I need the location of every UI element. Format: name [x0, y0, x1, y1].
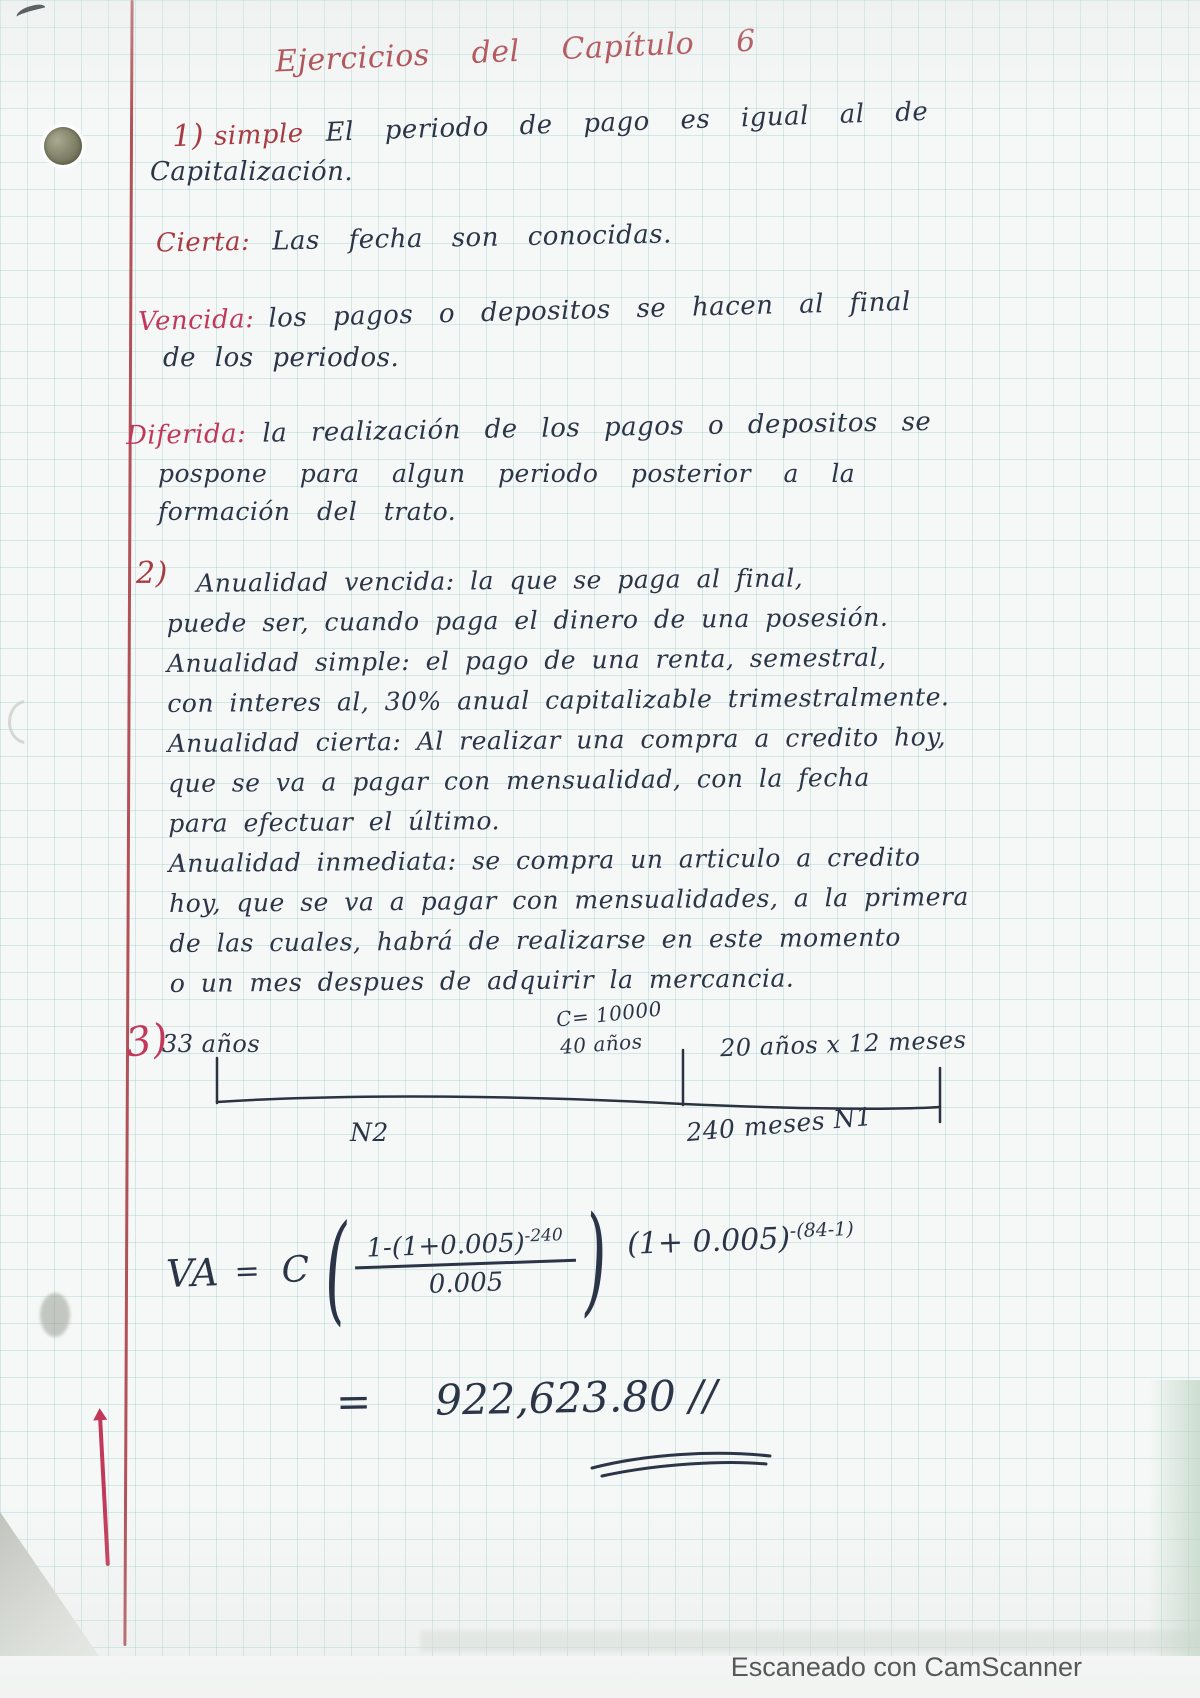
timeline-n2-label: N2	[350, 1118, 389, 1147]
result-underline-flourish	[586, 1446, 776, 1480]
cierta-label: Cierta:	[156, 227, 251, 259]
scan-edge-tint	[1148, 1380, 1200, 1656]
second-factor-base: (1+ 0.005)	[627, 1221, 791, 1262]
item2-number: 2)	[136, 556, 168, 591]
item2-line: o un mes despues de adquirir la mercanci…	[170, 956, 1090, 1004]
fraction-numerator: 1-(1+0.005)-240	[354, 1225, 576, 1270]
scanned-notebook-page: Ejercicios del Capítulo 6 1)simpleEl per…	[0, 0, 1200, 1698]
result-line: = 922,623.80 //	[336, 1371, 718, 1427]
timeline-left-label: 33 años	[162, 1030, 260, 1058]
item1-line2: Capitalización.	[150, 157, 353, 187]
formula-second-factor: (1+ 0.005)-(84-1)	[626, 1218, 854, 1262]
second-factor-exponent: -(84-1)	[789, 1218, 854, 1242]
diferida-line2: pospone para algun periodo posterior a l…	[158, 459, 855, 488]
formula-fraction: 1-(1+0.005)-240 0.005	[354, 1225, 577, 1303]
hole-punch	[44, 127, 82, 165]
item2-line: con interes al, 30% anual capitalizable …	[167, 676, 1087, 724]
item1-number: 1)	[172, 118, 205, 154]
numerator-exponent: -240	[524, 1225, 563, 1246]
vencida-line2: de los periodos.	[163, 343, 399, 373]
numerator-base: 1-(1+0.005)	[366, 1228, 525, 1264]
result-equals: =	[336, 1377, 372, 1427]
result-value: 922,623.80 //	[435, 1371, 718, 1425]
formula-lhs: VA	[165, 1250, 219, 1296]
formula-open-paren: (	[323, 1218, 350, 1319]
item2-line: hoy, que se va a pagar con mensualidades…	[169, 876, 1089, 924]
camscanner-footer: Escaneado con CamScanner	[731, 1652, 1082, 1683]
item1-keyword: simple	[214, 119, 305, 152]
item2-paragraph: Anualidad vencida: la que se paga al fin…	[166, 556, 1090, 1004]
formula-equals: =	[234, 1253, 260, 1289]
diferida-label: Diferida:	[126, 419, 247, 451]
smudge-mark	[40, 1293, 70, 1337]
fraction-denominator: 0.005	[428, 1265, 504, 1301]
formula-coefficient: C	[281, 1249, 310, 1291]
vencida-label: Vencida:	[138, 304, 255, 337]
diferida-line3: formación del trato.	[158, 497, 456, 526]
formula-close-paren: )	[581, 1209, 608, 1310]
scan-shadow-band	[420, 1630, 1200, 1652]
